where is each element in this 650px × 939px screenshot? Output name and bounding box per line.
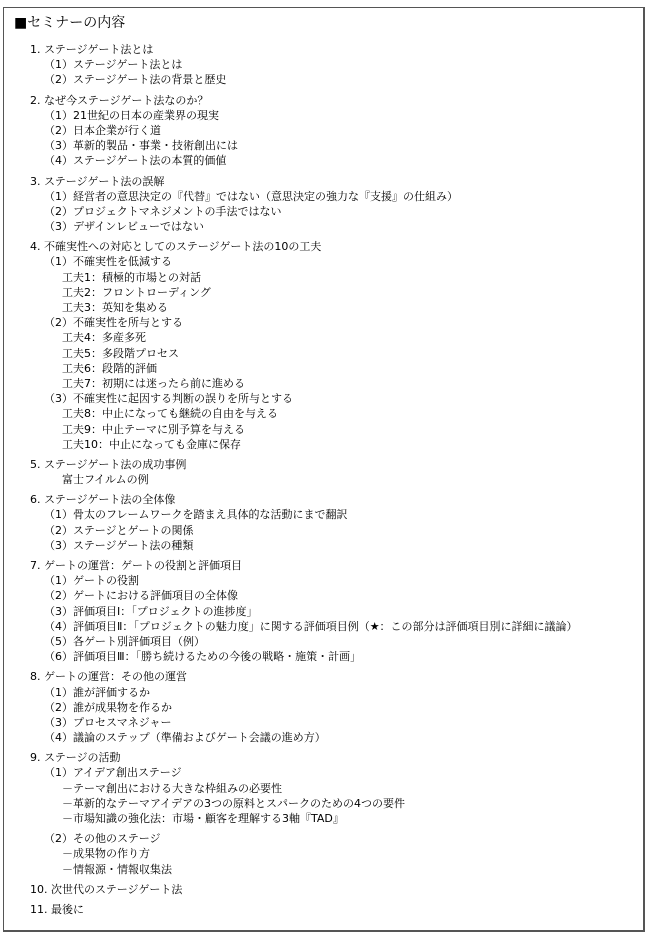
outline-detail: 工夫2：フロントローディング	[0, 285, 640, 300]
outline-detail: －成果物の作り方	[0, 846, 640, 861]
outline-section: 4. 不確実性への対応としてのステージゲート法の10の工夫（1）不確実性を低減す…	[0, 239, 640, 452]
outline-subitem: （4）議論のステップ（準備およびゲート会議の進め方）	[0, 730, 640, 745]
section-heading: 11. 最後に	[0, 902, 640, 917]
outline-subitem: （4）ステージゲート法の本質的価値	[0, 153, 640, 168]
outline-subitem: （3）評価項目Ⅰ：「プロジェクトの進捗度」	[0, 604, 640, 619]
section-heading: 9. ステージの活動	[0, 750, 640, 765]
outline-subitem: （1）ゲートの役割	[0, 573, 640, 588]
outline-subitem: （3）革新的製品・事業・技術創出には	[0, 138, 640, 153]
section-heading: 4. 不確実性への対応としてのステージゲート法の10の工夫	[0, 239, 640, 254]
seminar-outline: 1. ステージゲート法とは（1）ステージゲート法とは（2）ステージゲート法の背景…	[0, 42, 640, 922]
section-heading: 2. なぜ今ステージゲート法なのか？	[0, 93, 640, 108]
outline-detail: 工夫9：中止テーマに別予算を与える	[0, 422, 640, 437]
outline-subitem: （1）誰が評価するか	[0, 685, 640, 700]
outline-detail: －テーマ創出における大きな枠組みの必要性	[0, 781, 640, 796]
outline-subitem: （2）ステージとゲートの関係	[0, 523, 640, 538]
outline-subitem: （2）プロジェクトマネジメントの手法ではない	[0, 204, 640, 219]
outline-detail: 工夫1：積極的市場との対話	[0, 270, 640, 285]
outline-subitem: （1）骨太のフレームワークを踏まえ具体的な活動にまで翻訳	[0, 507, 640, 522]
outline-subitem: （3）ステージゲート法の種類	[0, 538, 640, 553]
outline-detail: 工夫10：中止になっても金庫に保存	[0, 437, 640, 452]
outline-subitem: （1）アイデア創出ステージ	[0, 765, 640, 780]
outline-section: 1. ステージゲート法とは（1）ステージゲート法とは（2）ステージゲート法の背景…	[0, 42, 640, 88]
outline-section: 8. ゲートの運営：その他の運営（1）誰が評価するか（2）誰が成果物を作るか（3…	[0, 669, 640, 745]
outline-subitem: （5）各ゲート別評価項目（例）	[0, 634, 640, 649]
outline-section: 5. ステージゲート法の成功事例富士フイルムの例	[0, 457, 640, 487]
outline-section: 11. 最後に	[0, 902, 640, 917]
outline-subitem: （2）ステージゲート法の背景と歴史	[0, 72, 640, 87]
section-heading: 6. ステージゲート法の全体像	[0, 492, 640, 507]
outline-subitem: （1）ステージゲート法とは	[0, 57, 640, 72]
outline-detail: 工夫5：多段階プロセス	[0, 346, 640, 361]
section-heading: 3. ステージゲート法の誤解	[0, 174, 640, 189]
outline-subitem: （4）評価項目Ⅱ：「プロジェクトの魅力度」に関する評価項目例（★：この部分は評価…	[0, 619, 640, 634]
outline-subitem: （1）経営者の意思決定の『代替』ではない（意思決定の強力な『支援』の仕組み）	[0, 189, 640, 204]
outline-section: 3. ステージゲート法の誤解（1）経営者の意思決定の『代替』ではない（意思決定の…	[0, 174, 640, 235]
outline-detail: －革新的なテーマアイデアの3つの原料とスパークのための4つの要件	[0, 796, 640, 811]
outline-detail: 富士フイルムの例	[0, 472, 640, 487]
outline-section: 2. なぜ今ステージゲート法なのか？（1）21世紀の日本の産業界の現実（2）日本…	[0, 93, 640, 169]
outline-subitem: （1）21世紀の日本の産業界の現実	[0, 108, 640, 123]
outline-subitem: （1）不確実性を低減する	[0, 254, 640, 269]
section-heading: 5. ステージゲート法の成功事例	[0, 457, 640, 472]
outline-detail: －市場知識の強化法：市場・顧客を理解する3軸『TAD』	[0, 811, 640, 826]
outline-section: 10. 次世代のステージゲート法	[0, 882, 640, 897]
outline-subitem: （3）プロセスマネジャー	[0, 715, 640, 730]
outline-detail: 工夫6：段階的評価	[0, 361, 640, 376]
outline-detail: 工夫7：初期には迷ったら前に進める	[0, 376, 640, 391]
outline-detail: 工夫8：中止になっても継続の自由を与える	[0, 406, 640, 421]
section-heading: 8. ゲートの運営：その他の運営	[0, 669, 640, 684]
page-title: ■セミナーの内容	[14, 14, 125, 32]
outline-subitem: （3）デザインレビューではない	[0, 219, 640, 234]
outline-subitem: （3）不確実性に起因する判断の誤りを所与とする	[0, 391, 640, 406]
outline-detail: －情報源・情報収集法	[0, 862, 640, 877]
outline-section: 7. ゲートの運営：ゲートの役割と評価項目（1）ゲートの役割（2）ゲートにおける…	[0, 558, 640, 664]
section-heading: 7. ゲートの運営：ゲートの役割と評価項目	[0, 558, 640, 573]
outline-subitem: （2）不確実性を所与とする	[0, 315, 640, 330]
outline-detail: 工夫3：英知を集める	[0, 300, 640, 315]
section-heading: 1. ステージゲート法とは	[0, 42, 640, 57]
outline-subitem: （6）評価項目Ⅲ：「勝ち続けるための今後の戦略・施策・計画」	[0, 649, 640, 664]
outline-subitem: （2）誰が成果物を作るか	[0, 700, 640, 715]
section-heading: 10. 次世代のステージゲート法	[0, 882, 640, 897]
outline-section: 9. ステージの活動（1）アイデア創出ステージ－テーマ創出における大きな枠組みの…	[0, 750, 640, 877]
outline-subitem: （2）その他のステージ	[0, 831, 640, 846]
outline-section: 6. ステージゲート法の全体像（1）骨太のフレームワークを踏まえ具体的な活動にま…	[0, 492, 640, 553]
outline-subitem: （2）日本企業が行く道	[0, 123, 640, 138]
outline-subitem: （2）ゲートにおける評価項目の全体像	[0, 588, 640, 603]
outline-detail: 工夫4：多産多死	[0, 330, 640, 345]
